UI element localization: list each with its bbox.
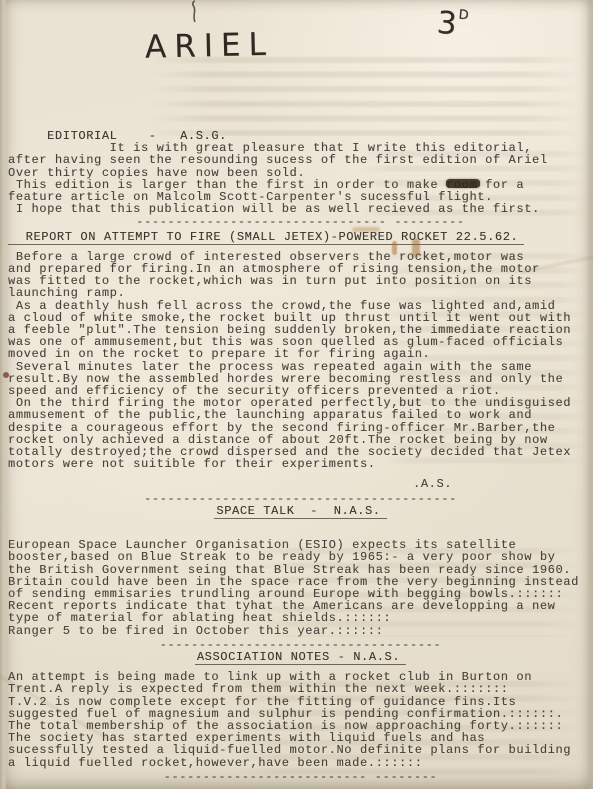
price-mark: 3D xyxy=(435,5,468,43)
newsletter-title: ARIEL xyxy=(145,26,275,66)
text-line: after having seen the resounding sucess … xyxy=(8,154,593,166)
page-content: EDITORIAL - A.S.G. It is with great plea… xyxy=(8,130,593,783)
report-heading: REPORT ON ATTEMPT TO FIRE (SMALL JETEX)-… xyxy=(8,231,593,245)
price-value: 3 xyxy=(435,5,458,43)
divider: -------------------------------- -------… xyxy=(8,216,593,228)
text-line: moved in on the rocket to prepare it for… xyxy=(8,348,593,360)
association-notes-heading: ASSOCIATION NOTES - N.A.S. xyxy=(8,651,593,665)
space-talk-heading: SPACE TALK - N.A.S. xyxy=(8,505,593,519)
association-notes-body: An attempt is being made to link up with… xyxy=(8,671,593,769)
space-talk-heading-text: SPACE TALK - N.A.S. xyxy=(214,505,386,519)
report-heading-text: REPORT ON ATTEMPT TO FIRE (SMALL JETEX)-… xyxy=(8,231,524,245)
text-line: motors were not suitible for their exper… xyxy=(8,458,593,470)
pen-mark xyxy=(188,0,202,29)
text-line: booster,based on Blue Streak to be ready… xyxy=(8,551,593,563)
association-notes-heading-text: ASSOCIATION NOTES - N.A.S. xyxy=(195,651,406,665)
text-line: I hope that this publication will be as … xyxy=(8,203,593,215)
text-line: the British Government seing that Blue S… xyxy=(8,564,593,576)
text-line: launching ramp. xyxy=(8,287,593,299)
text-line: ammusement of the public,the launching a… xyxy=(8,409,593,421)
text-line: Ranger 5 to be fired in October this yea… xyxy=(8,625,593,637)
text-line: type of material for ablating heat shiel… xyxy=(8,612,593,624)
text-line: T.V.2 is now complete except for the fit… xyxy=(8,696,593,708)
report-body: Before a large crowd of interested obser… xyxy=(8,251,593,471)
bleedthrough-texture xyxy=(150,54,582,136)
space-talk-body: European Space Launcher Organisation (ES… xyxy=(8,539,593,637)
text-line: Trent.A reply is expected from them with… xyxy=(8,683,593,695)
paper-edge-left xyxy=(0,0,7,789)
text-line: sucessfully tested a liquid-fuelled moto… xyxy=(8,744,593,756)
signature: .A.S. xyxy=(8,478,593,490)
text-line: Over thirty copies have now been sold. xyxy=(8,167,593,179)
divider: -------------------------- -------- xyxy=(8,771,593,783)
scanned-newsletter-page: ARIEL 3D EDITORIAL - A.S.G. It is with g… xyxy=(0,0,593,789)
editorial-body: It is with great pleasure that I write t… xyxy=(8,142,593,215)
price-unit: D xyxy=(458,8,469,24)
text-line: As a deathly hush fell across the crowd,… xyxy=(8,300,593,312)
text-line: a liquid fuelled rocket,however,have bee… xyxy=(8,757,593,769)
